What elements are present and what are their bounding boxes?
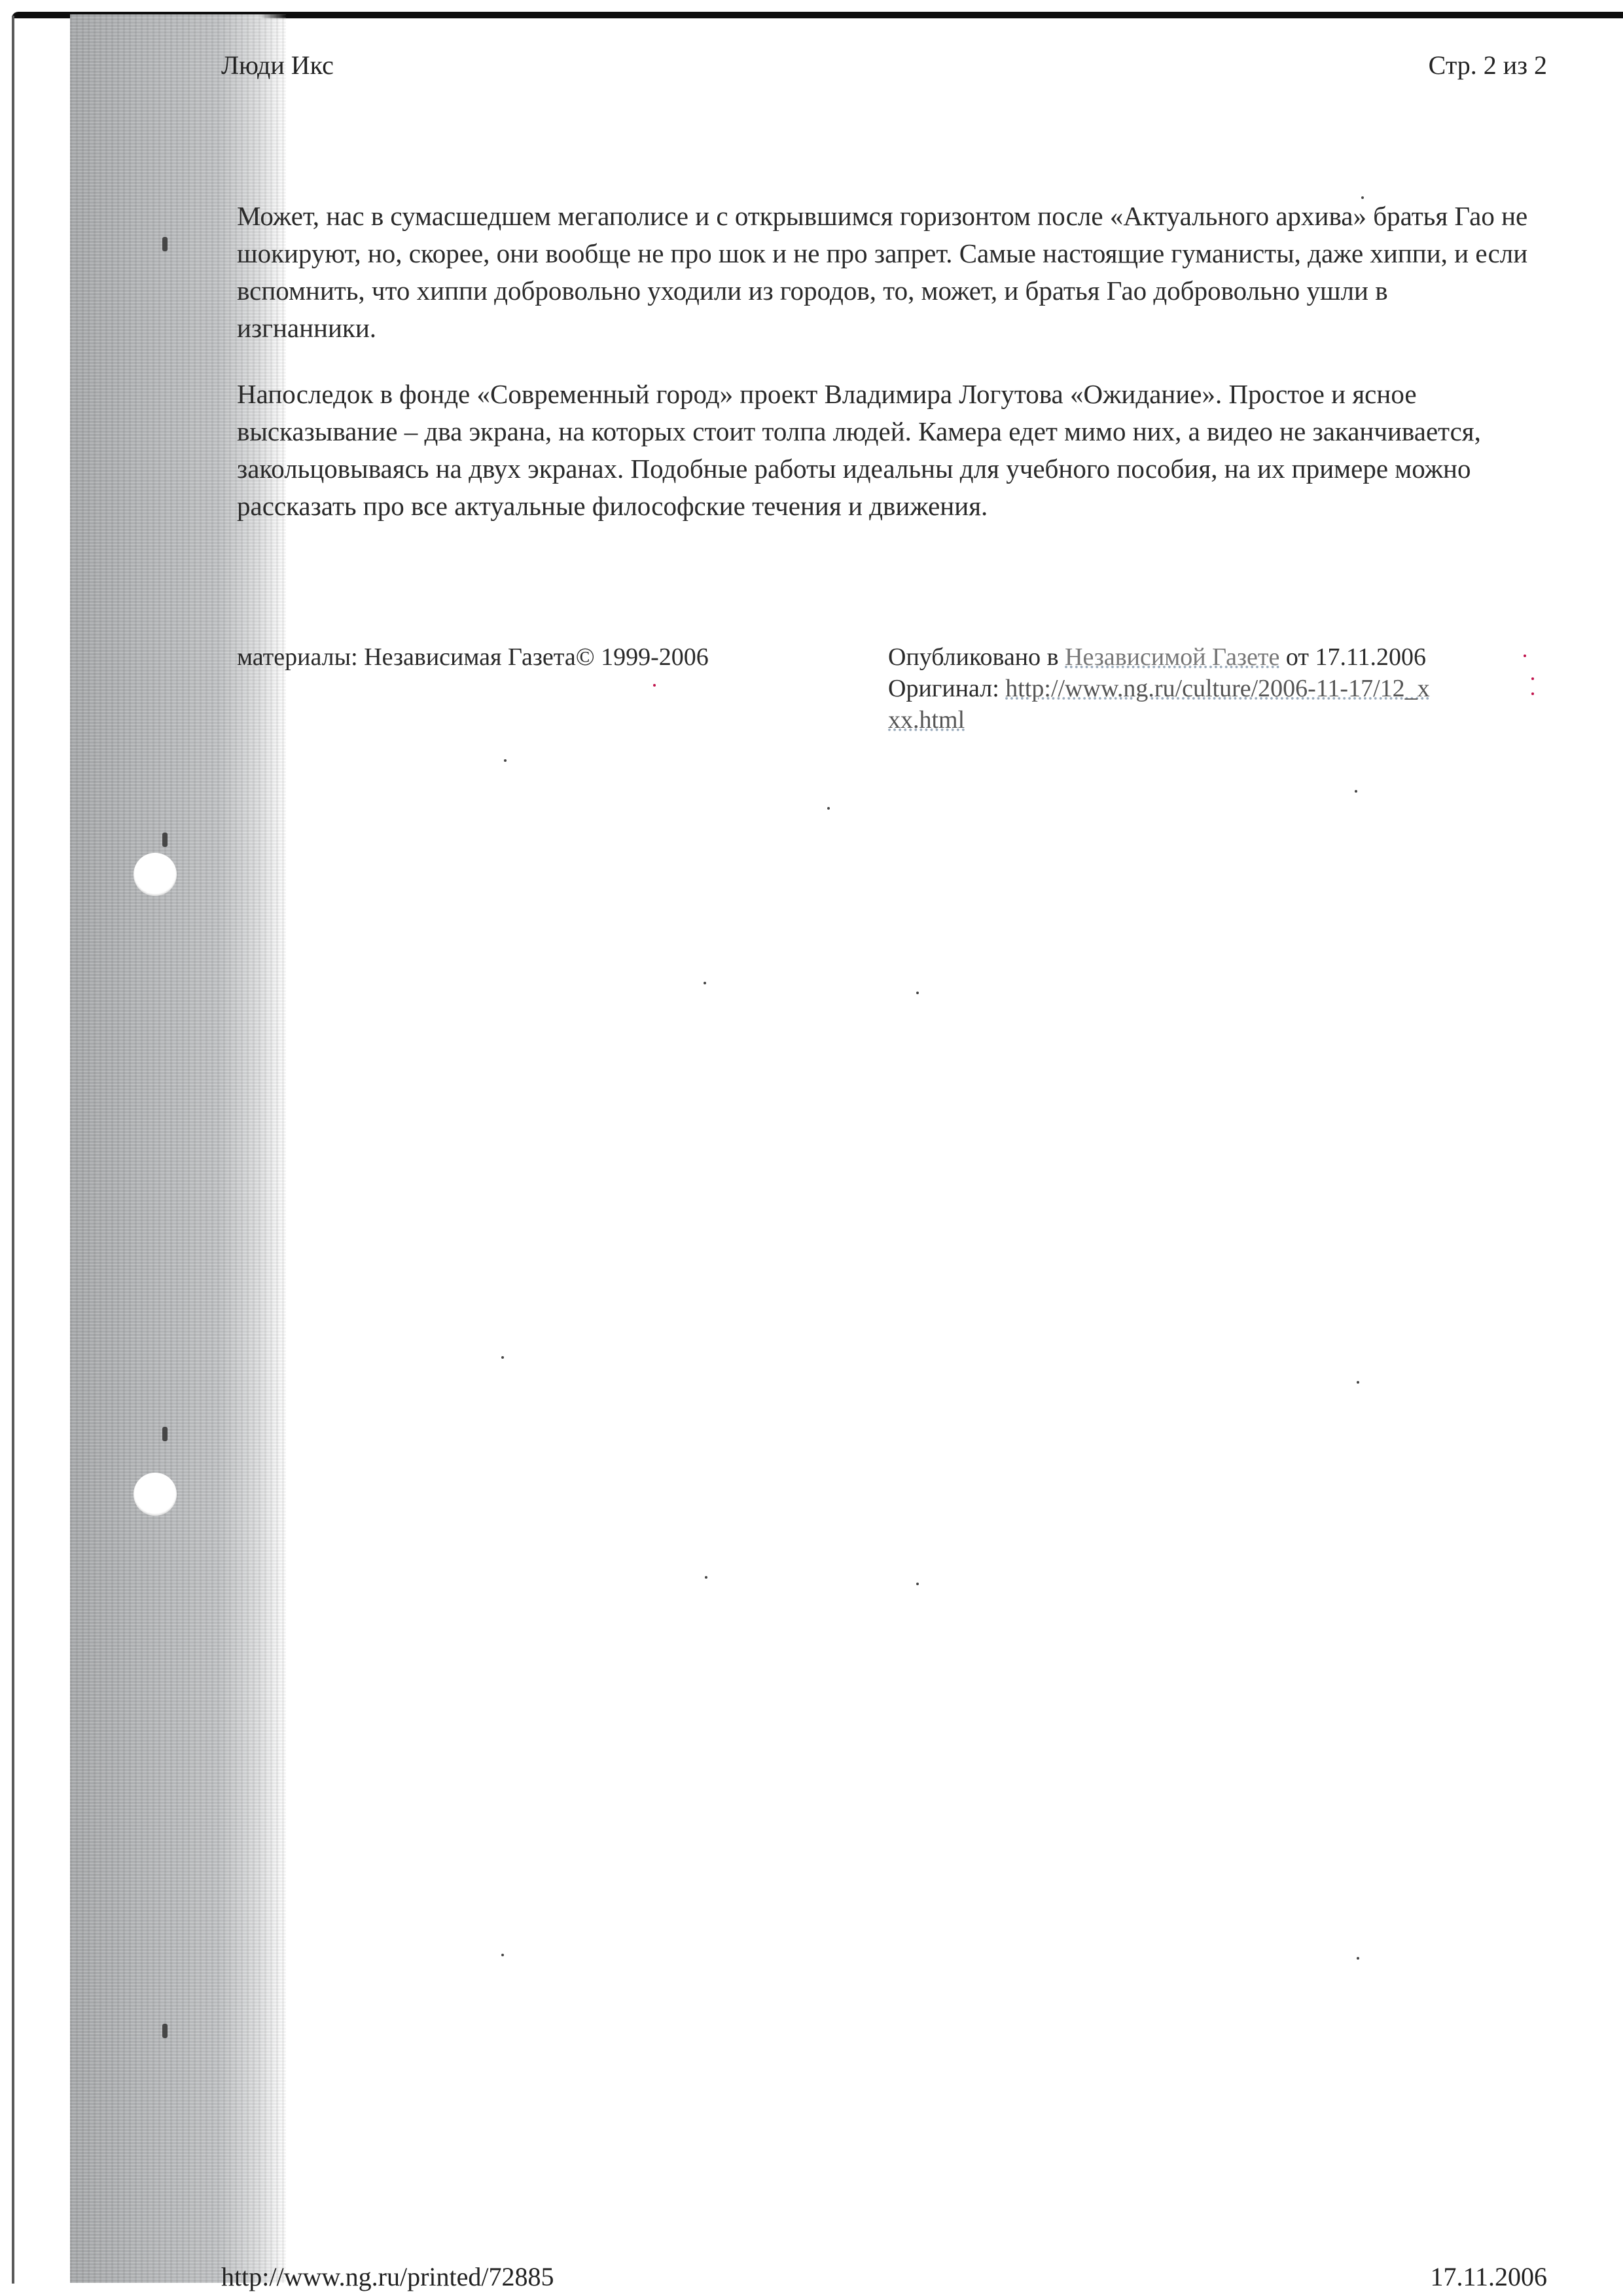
scan-speck — [916, 1583, 919, 1585]
article-paragraph: Может, нас в сумасшедшем мегаполисе и с … — [237, 198, 1533, 347]
article-body: Может, нас в сумасшедшем мегаполисе и с … — [237, 198, 1533, 554]
newspaper-link[interactable]: Независимой Газете — [1065, 643, 1279, 671]
scan-speck — [504, 759, 507, 762]
scan-speck — [1355, 790, 1357, 793]
punch-mark — [162, 1427, 168, 1441]
scan-speck — [916, 992, 919, 994]
scan-speck — [1357, 1957, 1359, 1960]
scan-speck — [1531, 677, 1534, 680]
punch-mark — [162, 237, 168, 251]
published-date: от 17.11.2006 — [1279, 643, 1426, 671]
scan-speck — [1357, 1381, 1359, 1384]
footer-url: http://www.ng.ru/printed/72885 — [221, 2261, 554, 2292]
punch-mark — [162, 833, 168, 847]
published-prefix: Опубликовано в — [888, 643, 1065, 671]
scan-speck — [1531, 692, 1534, 695]
scan-speck — [704, 982, 706, 984]
scan-speck — [501, 1356, 504, 1359]
punch-hole — [134, 853, 177, 896]
page-indicator: Стр. 2 из 2 — [1429, 50, 1547, 81]
scan-speck — [705, 1576, 707, 1579]
original-line: Оригинал: http://www.ng.ru/culture/2006-… — [888, 673, 1431, 736]
article-paragraph: Напоследок в фонде «Современный город» п… — [237, 376, 1533, 525]
footer-date: 17.11.2006 — [1430, 2261, 1547, 2292]
original-label: Оригинал: — [888, 675, 1005, 702]
scan-speck — [827, 807, 830, 810]
scan-speck — [653, 684, 656, 687]
published-line: Опубликовано в Независимой Газете от 17.… — [888, 641, 1464, 673]
scan-edge-left — [12, 16, 14, 2284]
punch-mark — [162, 2024, 168, 2038]
copyright-notice: материалы: Независимая Газета© 1999-2006 — [237, 641, 709, 673]
scan-speck — [501, 1954, 504, 1956]
publication-info: Опубликовано в Независимой Газете от 17.… — [888, 641, 1464, 736]
scan-speck — [1524, 655, 1526, 657]
punch-hole — [134, 1473, 177, 1516]
document-title: Люди Икс — [221, 50, 334, 81]
scan-speck — [1361, 196, 1364, 199]
